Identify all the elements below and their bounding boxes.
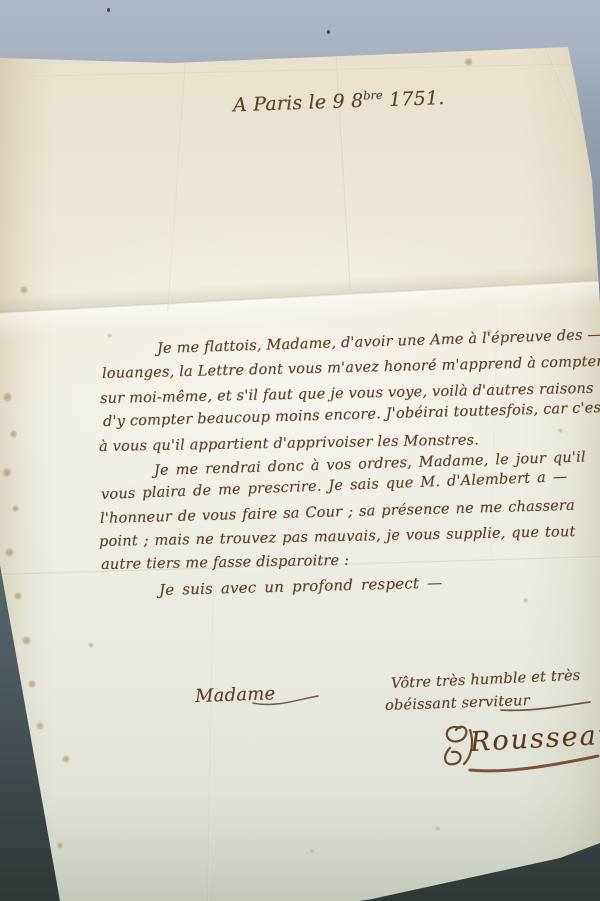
foxing-spot: [88, 642, 94, 648]
body-line: à vous qu'il appartient d'apprivoiser le…: [99, 432, 479, 455]
dateline-suffix: 1751.: [382, 87, 444, 111]
body-line: louanges, la Lettre dont vous m'avez hon…: [102, 353, 600, 382]
signature-flourish: [468, 752, 600, 774]
valediction: Je suis avec un profond respect —: [159, 574, 443, 599]
foxing-spot: [3, 392, 12, 402]
foxing-spot: [107, 333, 112, 338]
foxing-spot: [20, 286, 28, 294]
photo-scene: A Paris le 9 8bre 1751. Je me flattois, …: [0, 0, 600, 901]
foxing-spot: [464, 58, 473, 66]
serviteur-flourish: [500, 700, 592, 714]
foxing-spot: [10, 430, 17, 438]
foxing-spot: [62, 755, 70, 763]
foxing-spot: [12, 505, 19, 512]
background-speck: [327, 30, 330, 34]
foxing-spot: [22, 636, 31, 645]
foxing-spot: [5, 548, 14, 557]
dateline: A Paris le 9 8bre 1751.: [233, 86, 445, 117]
body-line: point ; mais ne trouvez pas mauvais, je …: [99, 524, 576, 550]
foxing-spot: [2, 468, 12, 477]
fold-crease-vertical-left: [167, 62, 187, 312]
foxing-spot: [57, 842, 63, 849]
body-line: Je me flattois, Madame, d'avoir une Ame …: [157, 327, 600, 357]
letter-paper: A Paris le 9 8bre 1751. Je me flattois, …: [0, 0, 600, 901]
background-speck: [107, 8, 110, 12]
foxing-spot: [310, 849, 314, 853]
foxing-spot: [28, 680, 36, 688]
body-line: autre tiers me fasse disparoitre :: [101, 553, 349, 573]
dateline-superscript: bre: [363, 88, 383, 103]
foxing-spot: [36, 722, 44, 730]
madame-flourish: [252, 694, 320, 708]
fold-crease-top: [30, 63, 600, 78]
foxing-spot: [435, 826, 440, 831]
fold-crease-vertical-bottom: [207, 566, 215, 901]
foxing-spot: [523, 598, 528, 603]
foxing-spot: [14, 592, 22, 600]
closing-line-1: Vôtre très humble et très: [391, 668, 581, 692]
dateline-prefix: A Paris le 9 8: [233, 90, 364, 117]
foxing-spot: [558, 428, 563, 433]
body-line: l'honneur de vous faire sa Cour ; sa pré…: [100, 498, 575, 527]
